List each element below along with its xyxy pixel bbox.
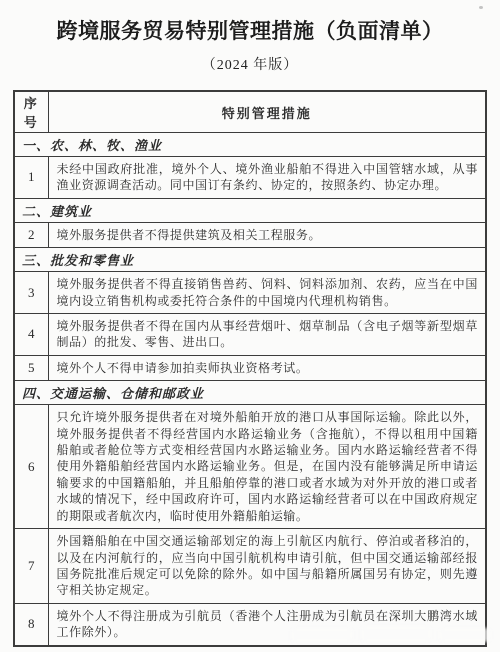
section-row: 一、农、林、牧、渔业 [14, 133, 486, 157]
measure-text: 外国籍船舶在中国交通运输部划定的海上引航区内航行、停泊或者移泊的，以及在内河航行… [48, 529, 486, 604]
measure-number: 6 [14, 405, 48, 529]
column-header-number: 序号 [14, 91, 48, 133]
measure-row: 7外国籍船舶在中国交通运输部划定的海上引航区内航行、停泊或者移泊的，以及在内河航… [14, 529, 486, 604]
measure-number: 7 [14, 529, 48, 604]
section-row: 三、批发和零售业 [14, 248, 486, 272]
section-row: 四、交通运输、仓储和邮政业 [14, 381, 486, 405]
measure-number: 5 [14, 355, 48, 380]
measure-row: 6只允许境外服务提供者在对境外船舶开放的港口从事国际运输。除此以外，境外服务提供… [14, 405, 486, 529]
measure-row: 4境外服务提供者不得在国内从事经营烟叶、烟草制品（含电子烟等新型烟草制品）的批发… [14, 314, 486, 356]
measures-table: 序号 特别管理措施 一、农、林、牧、渔业1未经中国政府批准，境外个人、境外渔业船… [13, 90, 487, 647]
measure-number: 4 [14, 314, 48, 356]
scanned-document-page: 跨境服务贸易特别管理措施（负面清单） （2024 年版） 序号 特别管理措施 一… [0, 0, 500, 652]
section-label: 一、农、林、牧、渔业 [14, 133, 486, 157]
measure-row: 5境外个人不得申请参加拍卖师执业资格考试。 [14, 355, 486, 380]
document-subtitle: （2024 年版） [0, 54, 500, 74]
measure-number: 3 [14, 272, 48, 314]
section-label: 四、交通运输、仓储和邮政业 [14, 381, 486, 405]
section-row: 二、建筑业 [14, 198, 486, 222]
column-header-measures: 特别管理措施 [48, 91, 486, 133]
measure-text: 境外个人不得申请参加拍卖师执业资格考试。 [48, 355, 486, 380]
section-label: 三、批发和零售业 [14, 248, 486, 272]
measure-row: 2境外服务提供者不得提供建筑及相关工程服务。 [14, 222, 486, 247]
scan-speck [479, 6, 483, 9]
measure-text: 境外个人不得注册成为引航员（香港个人注册成为引航员在深圳大鹏湾水域工作除外）。 [48, 603, 486, 645]
measure-number: 2 [14, 222, 48, 247]
measure-text: 未经中国政府批准，境外个人、境外渔业船舶不得进入中国管辖水域，从事渔业资源调查活… [48, 157, 486, 199]
measure-text: 境外服务提供者不得在国内从事经营烟叶、烟草制品（含电子烟等新型烟草制品）的批发、… [48, 314, 486, 356]
section-label: 二、建筑业 [14, 198, 486, 222]
table-header-row: 序号 特别管理措施 [14, 91, 486, 133]
measure-text: 境外服务提供者不得提供建筑及相关工程服务。 [48, 222, 486, 247]
measure-text: 境外服务提供者不得直接销售兽药、饲料、饲料添加剂、农药，应当在中国境内设立销售机… [48, 272, 486, 314]
measure-row: 8境外个人不得注册成为引航员（香港个人注册成为引航员在深圳大鹏湾水域工作除外）。 [14, 603, 486, 645]
measure-text: 只允许境外服务提供者在对境外船舶开放的港口从事国际运输。除此以外，境外服务提供者… [48, 405, 486, 529]
measure-row: 1未经中国政府批准，境外个人、境外渔业船舶不得进入中国管辖水域，从事渔业资源调查… [14, 157, 486, 199]
measure-number: 8 [14, 603, 48, 645]
measure-number: 1 [14, 157, 48, 199]
document-title: 跨境服务贸易特别管理措施（负面清单） [0, 15, 500, 45]
measure-row: 3境外服务提供者不得直接销售兽药、饲料、饲料添加剂、农药，应当在中国境内设立销售… [14, 272, 486, 314]
